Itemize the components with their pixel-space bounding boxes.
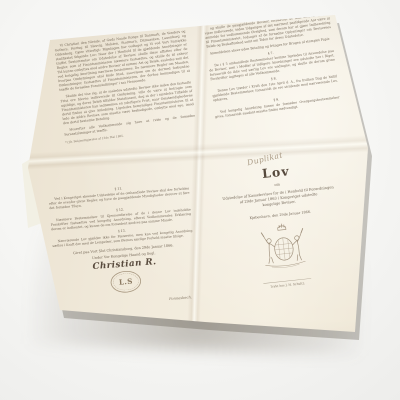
page-signature: § 11. Ved i Kongeriget skeende Udstedels… [48, 179, 200, 325]
page-top-left: Vi Christian den Niende, af Guds Naade K… [54, 29, 199, 161]
page-signature-text: § 11. Ved i Kongeriget skeende Udstedels… [48, 179, 198, 310]
page-title-content: Duplikat Lov om Udstedelse af Kassebevis… [208, 144, 354, 293]
page-top-right-text: og skulle de paagjældende Beviser, forsa… [204, 12, 341, 122]
photo-stage: Vi Christian den Niende, af Guds Naade K… [0, 0, 400, 400]
printer-imprint: Trykt hos J. H. Schultz. [222, 276, 354, 293]
countersignature: Fonnesbech. [57, 295, 198, 310]
seal-text: L.S [119, 279, 133, 284]
page-top-right: og skulle de paagjældende Beviser, forsa… [204, 12, 343, 144]
page-top-left-text: Vi Christian den Niende, af Guds Naade K… [54, 29, 197, 145]
royal-coat-of-arms [257, 219, 310, 276]
page-title: Duplikat Lov om Udstedelse af Kassebevis… [208, 144, 356, 317]
ls-seal: L.S [110, 270, 142, 294]
